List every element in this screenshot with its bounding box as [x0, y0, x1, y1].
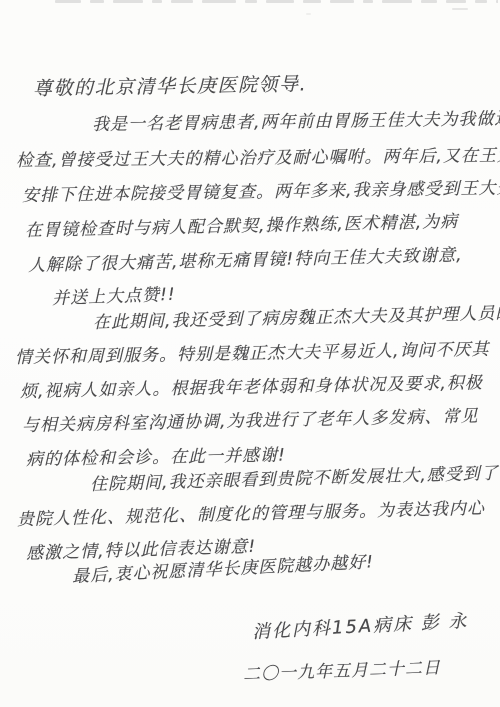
body-line-6: 并送上大点赞!!	[52, 280, 176, 309]
scan-speck	[452, 8, 468, 10]
scan-cutoff-artifact	[55, 0, 498, 6]
salutation-line: 尊敬的北京清华长庚医院领导.	[33, 69, 307, 101]
scan-speck	[306, 13, 311, 15]
body-line-2: 检查,曾接受过王大夫的精心治疗及耐心嘱咐。两年后,又在王大夫的	[16, 140, 500, 171]
